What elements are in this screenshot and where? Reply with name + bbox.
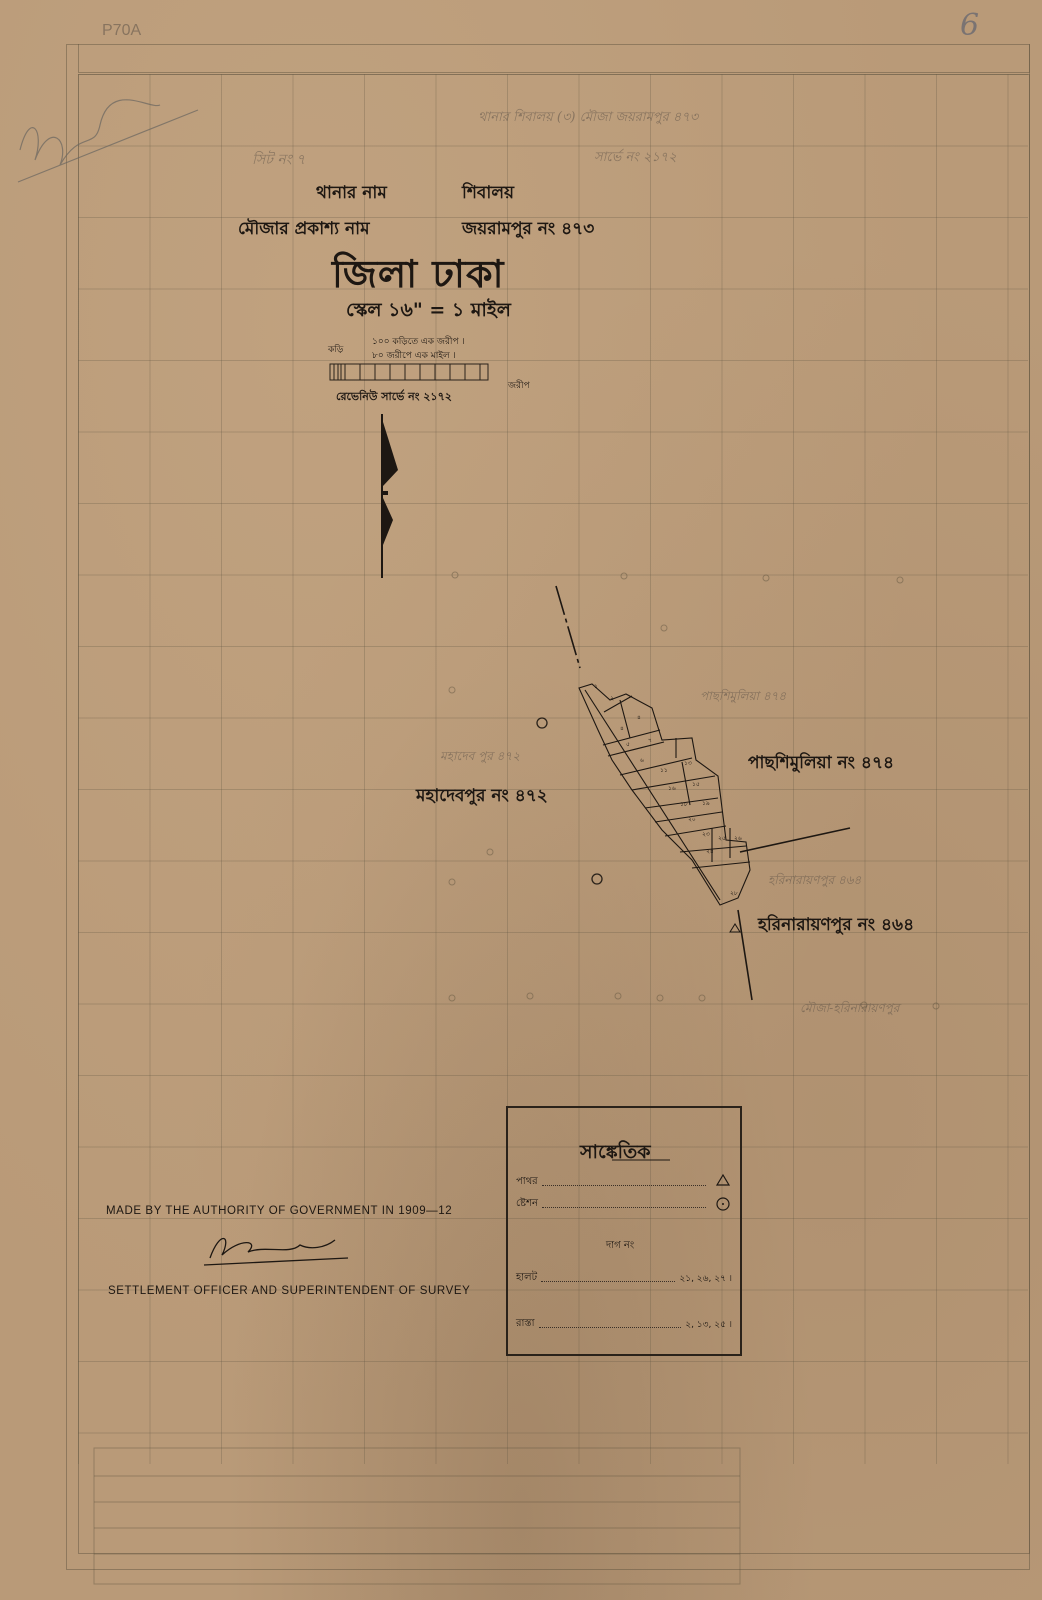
svg-text:৫: ৫: [626, 741, 630, 748]
svg-text:২০: ২০: [688, 816, 696, 823]
legend-road-values: ২, ১৩, ২৫ ।: [685, 1317, 732, 1332]
svg-text:২৮: ২৮: [730, 890, 738, 897]
cadastral-map-sheet: P70A 6 থানার শিবালয় (৩) মৌজা জয়রামপুর …: [0, 0, 1042, 1600]
svg-text:২: ২: [610, 695, 614, 702]
svg-text:১৬: ১৬: [668, 785, 676, 792]
authority-text: MADE BY THE AUTHORITY OF GOVERNMENT IN 1…: [106, 1205, 452, 1217]
legend-station-label: ষ্টেশন: [516, 1196, 538, 1213]
stone-marker-icon: [730, 924, 740, 932]
svg-text:২৪: ২৪: [706, 848, 714, 855]
north-arrow-icon: [382, 414, 398, 578]
dotted-leader: [542, 1201, 706, 1208]
legend-row-station: ষ্টেশন: [516, 1196, 710, 1213]
margin-signature: [18, 100, 198, 182]
bottom-table: [94, 1448, 740, 1584]
svg-text:১৩: ১৩: [684, 760, 692, 767]
officer-title: SETTLEMENT OFFICER AND SUPERINTENDENT OF…: [108, 1285, 470, 1297]
legend-title: সাঙ্কেতিক: [580, 1138, 651, 1170]
svg-text:১৫: ১৫: [692, 781, 700, 788]
legend-dag-header: দাগ নং: [606, 1238, 634, 1255]
station-markers: [537, 718, 602, 884]
dotted-leader: [541, 1275, 675, 1282]
mouza-boundary: [556, 586, 850, 1000]
svg-text:২৬: ২৬: [734, 835, 742, 842]
dotted-leader: [542, 1179, 706, 1186]
legend-stone-label: পাথর: [516, 1174, 538, 1191]
parcels: [579, 684, 750, 905]
svg-text:৪: ৪: [620, 725, 624, 732]
officer-signature: [204, 1238, 348, 1265]
svg-text:২৩: ২৩: [702, 831, 710, 838]
svg-text:৬: ৬: [640, 757, 644, 764]
svg-text:২৫: ২৫: [718, 835, 726, 842]
dotted-leader: [539, 1321, 682, 1328]
svg-text:৭: ৭: [648, 737, 652, 744]
svg-text:৪: ৪: [637, 714, 641, 721]
svg-text:১: ১: [594, 683, 598, 690]
legend-box: সাঙ্কেতিক পাথর ষ্টেশন দাগ নং হালট ২১, ২৬…: [506, 1106, 742, 1356]
svg-text:১৯: ১৯: [702, 800, 710, 807]
svg-text:১১: ১১: [660, 767, 668, 774]
legend-road-label: রাস্তা: [516, 1316, 535, 1333]
grid-dot-markers: [449, 572, 939, 1009]
legend-halot-label: হালট: [516, 1270, 537, 1287]
svg-text:১৮: ১৮: [680, 801, 688, 808]
legend-row-halot: হালট ২১, ২৬, ২৭ ।: [516, 1270, 732, 1287]
legend-row-road: রাস্তা ২, ১৩, ২৫ ।: [516, 1316, 732, 1333]
map-graphics: ১২৪ ৪৫৭ ৬১১১৩ ১৬১৫১৮ ১৯২০২৩ ২৪২৫২৬ ২৮: [0, 0, 1042, 1600]
legend-halot-values: ২১, ২৬, ২৭ ।: [679, 1271, 732, 1286]
scale-bar: [330, 364, 488, 380]
legend-row-stone: পাথর: [516, 1174, 710, 1191]
